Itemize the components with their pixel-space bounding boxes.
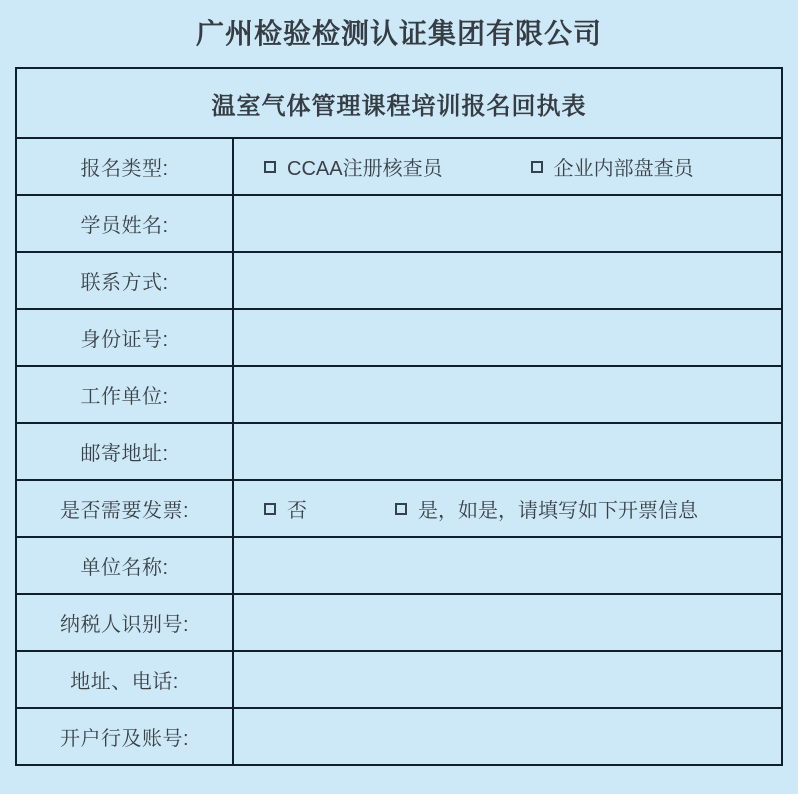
registration-type-options: CCAA注册核查员 企业内部盘查员 — [234, 139, 781, 194]
row-mailing-address: 邮寄地址: — [17, 422, 781, 479]
label-taxpayer-id: 纳税人识别号: — [17, 595, 234, 650]
label-bank-account: 开户行及账号: — [17, 709, 234, 764]
option-invoice-yes[interactable]: 是，如是，请填写如下开票信息 — [395, 494, 698, 523]
label-address-phone: 地址、电话: — [17, 652, 234, 707]
input-cell-taxpayer-id[interactable] — [234, 595, 781, 650]
row-contact-info: 联系方式: — [17, 251, 781, 308]
input-cell-contact-info[interactable] — [234, 253, 781, 308]
invoice-needed-options: 否 是，如是，请填写如下开票信息 — [234, 481, 781, 536]
label-contact-info: 联系方式: — [17, 253, 234, 308]
row-registration-type: 报名类型: CCAA注册核查员 企业内部盘查员 — [17, 137, 781, 194]
row-taxpayer-id: 纳税人识别号: — [17, 593, 781, 650]
option-label: 企业内部盘查员 — [554, 152, 694, 181]
row-bank-account: 开户行及账号: — [17, 707, 781, 764]
input-cell-employer[interactable] — [234, 367, 781, 422]
input-cell-address-phone[interactable] — [234, 652, 781, 707]
label-student-name: 学员姓名: — [17, 196, 234, 251]
company-title: 广州检验检测认证集团有限公司 — [0, 12, 798, 52]
checkbox-invoice-no-icon[interactable] — [264, 503, 276, 515]
checkbox-invoice-yes-icon[interactable] — [395, 503, 407, 515]
form-title: 温室气体管理课程培训报名回执表 — [212, 86, 587, 121]
input-cell-id-number[interactable] — [234, 310, 781, 365]
option-ccaa-registered-auditor[interactable]: CCAA注册核查员 — [264, 152, 443, 181]
input-cell-company-name[interactable] — [234, 538, 781, 593]
checkbox-ccaa-registered-auditor-icon[interactable] — [264, 161, 276, 173]
registration-form-table: 温室气体管理课程培训报名回执表 报名类型: CCAA注册核查员 企业内部盘查员 … — [15, 67, 783, 766]
label-registration-type: 报名类型: — [17, 139, 234, 194]
row-student-name: 学员姓名: — [17, 194, 781, 251]
row-employer: 工作单位: — [17, 365, 781, 422]
option-label: 是，如是，请填写如下开票信息 — [418, 494, 698, 523]
label-company-name: 单位名称: — [17, 538, 234, 593]
option-label: CCAA注册核查员 — [287, 152, 443, 181]
label-employer: 工作单位: — [17, 367, 234, 422]
registration-form-page: 广州检验检测认证集团有限公司 温室气体管理课程培训报名回执表 报名类型: CCA… — [0, 0, 798, 794]
option-invoice-no[interactable]: 否 — [264, 494, 307, 523]
label-id-number: 身份证号: — [17, 310, 234, 365]
row-id-number: 身份证号: — [17, 308, 781, 365]
label-mailing-address: 邮寄地址: — [17, 424, 234, 479]
row-invoice-needed: 是否需要发票: 否 是，如是，请填写如下开票信息 — [17, 479, 781, 536]
input-cell-student-name[interactable] — [234, 196, 781, 251]
checkbox-internal-inventory-auditor-icon[interactable] — [531, 161, 543, 173]
row-company-name: 单位名称: — [17, 536, 781, 593]
option-label: 否 — [287, 494, 307, 523]
form-title-row: 温室气体管理课程培训报名回执表 — [17, 69, 781, 137]
row-address-phone: 地址、电话: — [17, 650, 781, 707]
input-cell-bank-account[interactable] — [234, 709, 781, 764]
input-cell-mailing-address[interactable] — [234, 424, 781, 479]
option-internal-inventory-auditor[interactable]: 企业内部盘查员 — [531, 152, 694, 181]
label-invoice-needed: 是否需要发票: — [17, 481, 234, 536]
